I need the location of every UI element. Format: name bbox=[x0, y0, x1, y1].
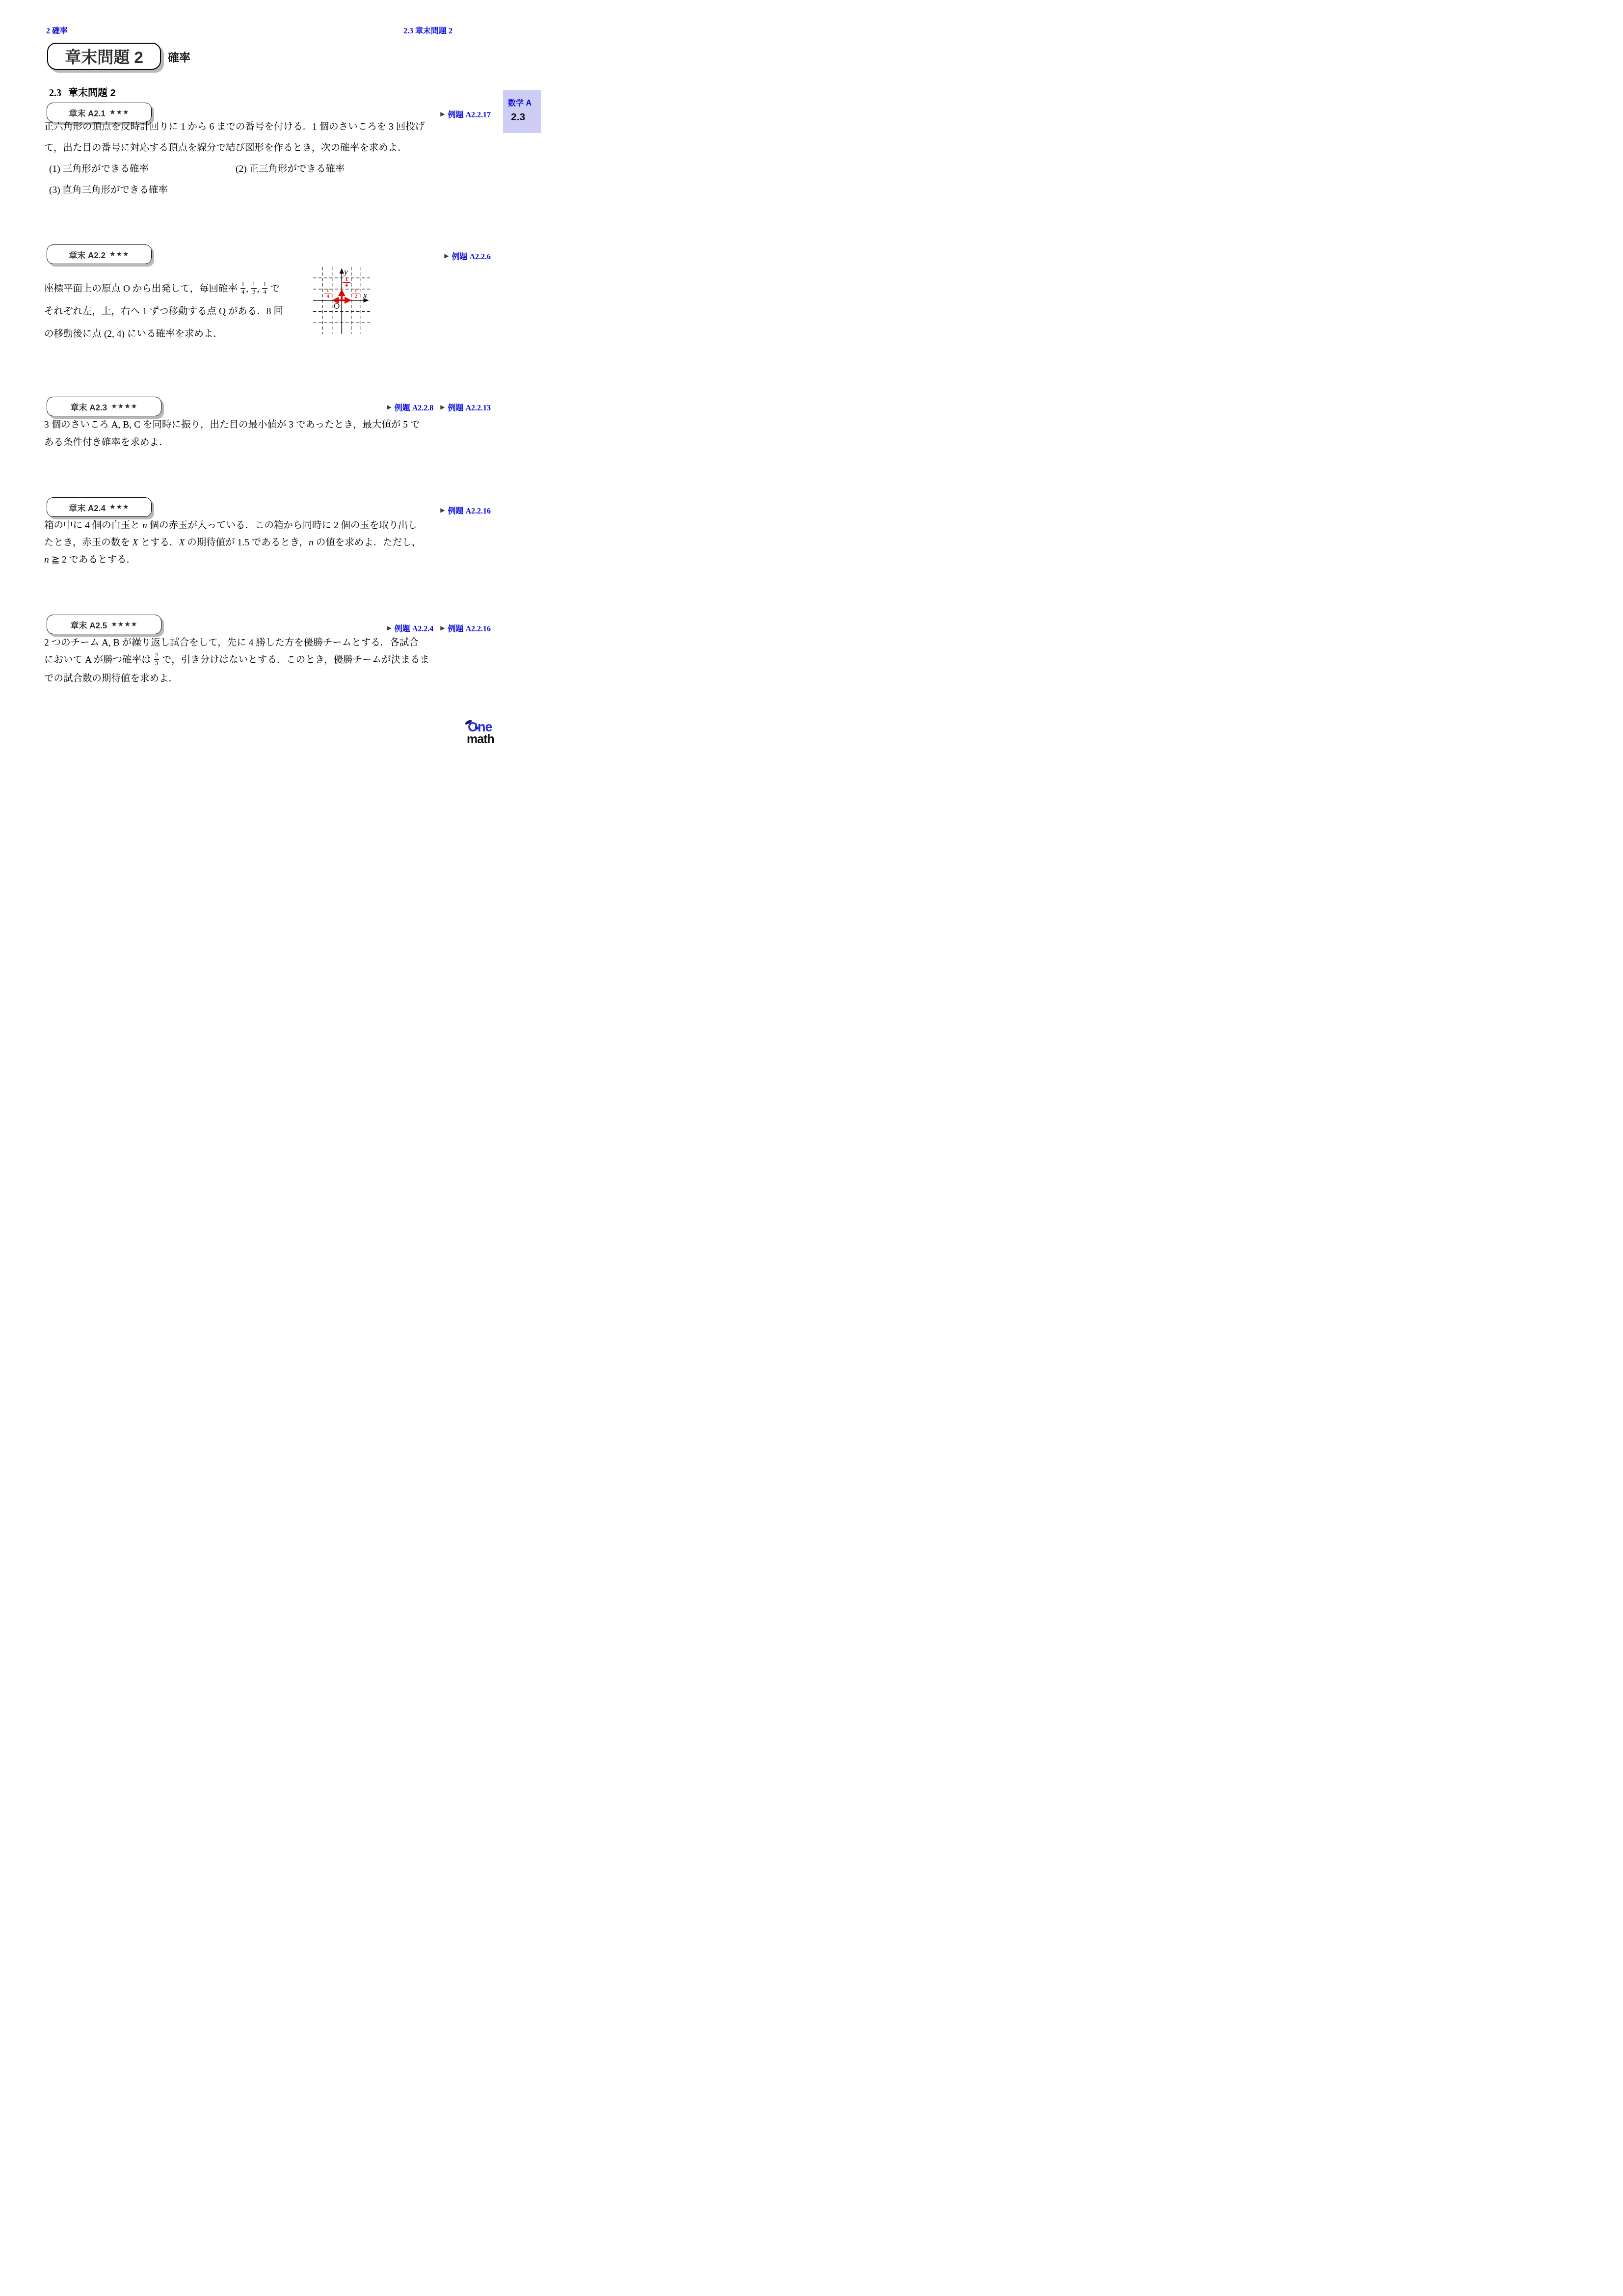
tab-subject-label: 数学 A bbox=[508, 97, 532, 108]
problem-badge-label: 章末 A2.1 bbox=[69, 107, 106, 119]
example-link[interactable]: ▶ 例題 A2.2.8 bbox=[387, 402, 433, 413]
example-link-label: 例題 A2.2.4 bbox=[395, 622, 434, 634]
star-rating: ★★★ bbox=[109, 108, 130, 117]
example-link-row: ▶ 例題 A2.2.4 ▶ 例題 A2.2.16 bbox=[387, 622, 491, 634]
problem-text-line: 3 個のさいころ A, B, C を同時に振り，出た目の最小値が 3 であったと… bbox=[44, 419, 420, 432]
problem-badge-label: 章末 A2.2 bbox=[69, 248, 106, 261]
textbook-page: 2 確率 2.3 章末問題 2 章末問題 2 確率 2.3章末問題 2 数学 A… bbox=[0, 0, 541, 765]
link-arrow-icon: ▶ bbox=[387, 404, 391, 411]
star-rating: ★★★★ bbox=[111, 621, 137, 629]
example-link[interactable]: ▶ 例題 A2.2.4 bbox=[387, 622, 433, 634]
problem-badge-label: 章末 A2.4 bbox=[69, 501, 106, 513]
problem-text-line: 正六角形の頂点を反時計回りに 1 から 6 までの番号を付ける．1 個のさいころ… bbox=[44, 121, 425, 134]
problem-badge-a2-4: 章末 A2.4 ★★★ bbox=[47, 497, 152, 517]
problem-text-line: て，出た目の番号に対応する頂点を線分で結び図形を作るとき，次の確率を求めよ． bbox=[44, 142, 407, 155]
problem-badge-a2-1: 章末 A2.1 ★★★ bbox=[47, 103, 152, 122]
example-link[interactable]: ▶ 例題 A2.2.17 bbox=[440, 108, 491, 120]
link-arrow-icon: ▶ bbox=[440, 507, 445, 514]
chapter-title-badge: 章末問題 2 bbox=[47, 43, 161, 70]
problem-text-line: n ≧ 2 であるとする． bbox=[44, 554, 136, 567]
example-link-label: 例題 A2.2.17 bbox=[448, 108, 491, 120]
example-link-label: 例題 A2.2.8 bbox=[395, 402, 434, 413]
problem-text-line: それぞれ左，上，右へ 1 ずつ移動する点 Q がある．8 回 bbox=[44, 305, 283, 318]
problem-text-line: 箱の中に 4 個の白玉と n 個の赤玉が入っている．この箱から同時に 2 個の玉… bbox=[44, 519, 418, 532]
problem-text-line: の移動後に点 (2, 4) にいる確率を求めよ． bbox=[44, 328, 223, 341]
link-arrow-icon: ▶ bbox=[440, 404, 445, 411]
example-link-row: ▶ 例題 A2.2.17 bbox=[440, 108, 491, 120]
example-link-label: 例題 A2.2.16 bbox=[448, 505, 491, 516]
example-link-row: ▶ 例題 A2.2.8 ▶ 例題 A2.2.13 bbox=[387, 402, 491, 413]
section-title: 章末問題 2 bbox=[68, 88, 116, 99]
link-arrow-icon: ▶ bbox=[444, 252, 449, 260]
link-arrow-icon: ▶ bbox=[387, 624, 391, 632]
example-link[interactable]: ▶ 例題 A2.2.16 bbox=[440, 622, 491, 634]
example-link-label: 例題 A2.2.6 bbox=[452, 250, 491, 262]
example-link-row: ▶ 例題 A2.2.6 bbox=[444, 250, 491, 262]
problem-badge-a2-3: 章末 A2.3 ★★★★ bbox=[47, 397, 161, 416]
problem-text-line: たとき，赤玉の数を X とする．X の期待値が 1.5 であるとき，n の値を求… bbox=[44, 537, 421, 549]
star-rating: ★★★ bbox=[109, 250, 130, 259]
header-chapter: 2 確率 bbox=[46, 25, 68, 36]
problem-item-2: (2) 正三角形ができる確率 bbox=[236, 161, 345, 175]
example-link[interactable]: ▶ 例題 A2.2.13 bbox=[440, 402, 491, 413]
probability-fraction-right: 12 bbox=[352, 288, 360, 299]
section-heading: 2.3章末問題 2 bbox=[49, 85, 116, 99]
tab-section-number: 2.3 bbox=[511, 111, 525, 123]
header-section: 2.3 章末問題 2 bbox=[403, 25, 452, 36]
example-link[interactable]: ▶ 例題 A2.2.16 bbox=[440, 505, 491, 516]
example-link-row: ▶ 例題 A2.2.16 bbox=[440, 505, 491, 516]
section-number: 2.3 bbox=[49, 88, 61, 99]
axis-label-x: x bbox=[363, 291, 367, 300]
probability-fraction-left: 14 bbox=[324, 288, 332, 299]
problem-badge-a2-5: 章末 A2.5 ★★★★ bbox=[47, 615, 161, 634]
link-arrow-icon: ▶ bbox=[440, 110, 445, 118]
star-rating: ★★★★ bbox=[111, 403, 137, 411]
origin-label: O bbox=[334, 301, 340, 311]
star-rating: ★★★ bbox=[109, 503, 130, 512]
probability-arrows bbox=[334, 291, 350, 300]
onemath-logo: One math bbox=[465, 720, 509, 749]
problem-badge-a2-2: 章末 A2.2 ★★★ bbox=[47, 244, 152, 264]
problem-item-3: (3) 直角三角形ができる確率 bbox=[49, 182, 168, 196]
example-link-label: 例題 A2.2.13 bbox=[448, 402, 491, 413]
problem-item-1: (1) 三角形ができる確率 bbox=[49, 161, 149, 175]
chapter-title-text: 章末問題 2 bbox=[65, 45, 143, 68]
example-link[interactable]: ▶ 例題 A2.2.6 bbox=[444, 250, 491, 262]
logo-math-text: math bbox=[467, 732, 494, 747]
coordinate-figure: y x O 14 14 12 bbox=[309, 264, 373, 337]
problem-text-line: ある条件付き確率を求めよ． bbox=[44, 436, 169, 449]
chapter-subject-label: 確率 bbox=[168, 49, 190, 65]
problem-badge-label: 章末 A2.3 bbox=[71, 401, 107, 413]
problem-text-line: での試合数の期待値を求めよ． bbox=[44, 673, 178, 685]
probability-fraction-up: 14 bbox=[343, 277, 350, 288]
axis-label-y: y bbox=[343, 267, 348, 276]
problem-badge-label: 章末 A2.5 bbox=[71, 619, 107, 631]
example-link-label: 例題 A2.2.16 bbox=[448, 622, 491, 634]
link-arrow-icon: ▶ bbox=[440, 624, 445, 632]
math-a-side-tab: 数学 A 2.3 bbox=[503, 90, 541, 133]
problem-text-line: 座標平面上の原点 O から出発して，毎回確率 14, 12, 14 で bbox=[44, 282, 280, 297]
problem-text-line: 2 つのチーム A, B が繰り返し試合をして，先に 4 勝した方を優勝チームと… bbox=[44, 637, 419, 649]
problem-text-line: において A が勝つ確率は 23 で，引き分けはないとする．このとき，優勝チーム… bbox=[44, 653, 429, 668]
